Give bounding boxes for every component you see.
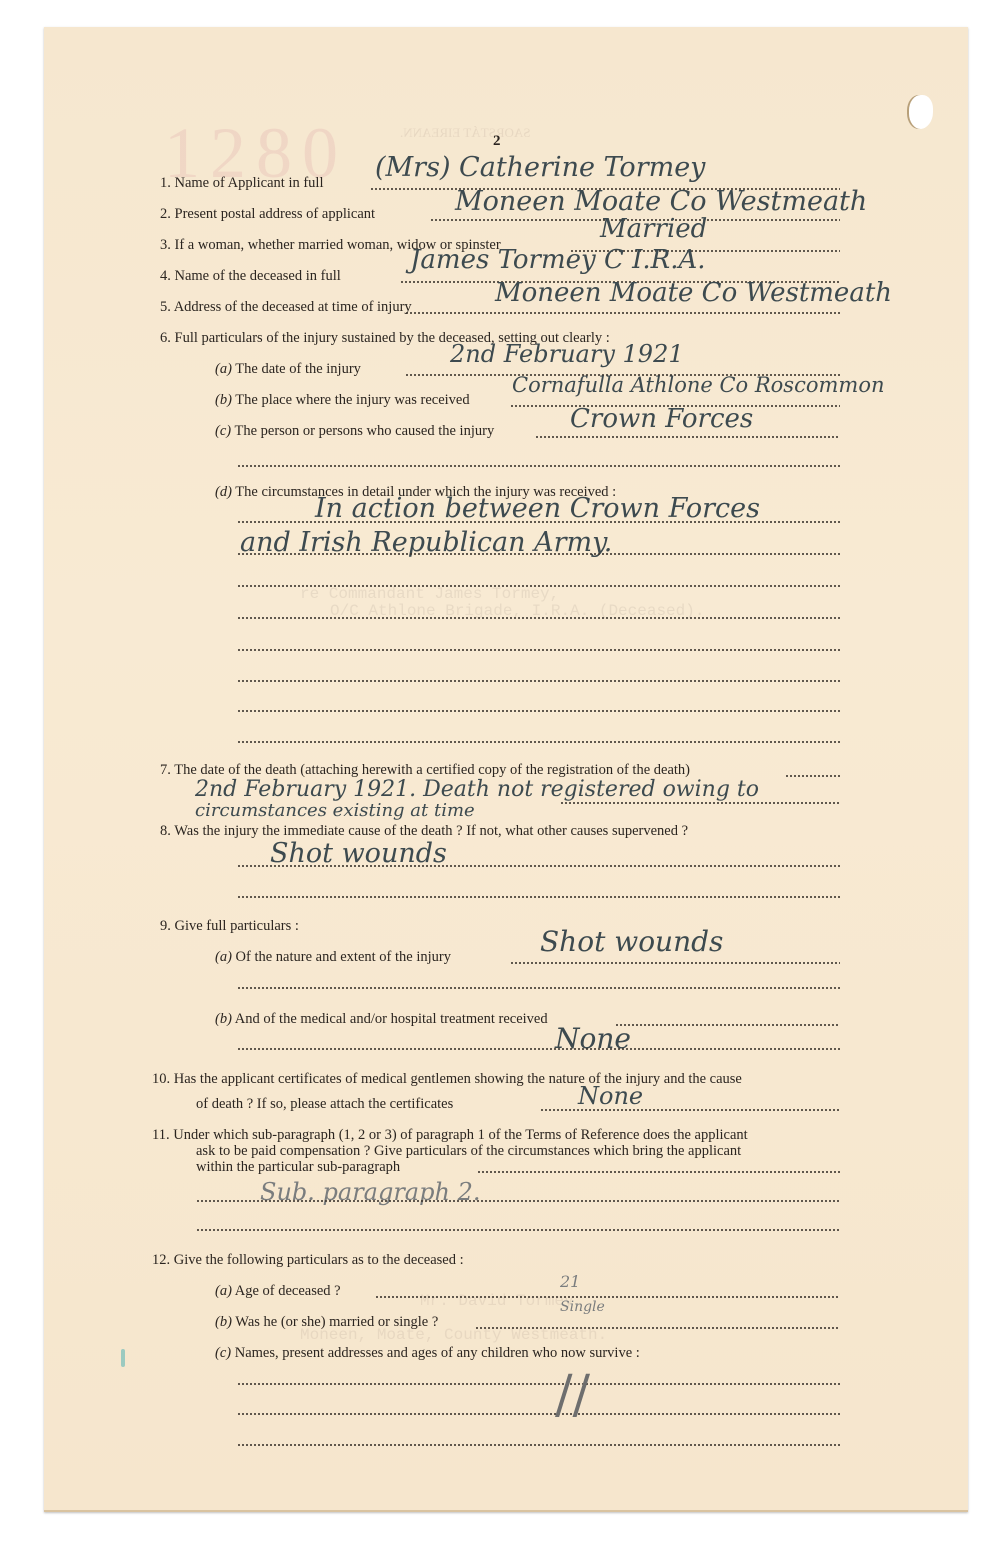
certificates-answer[interactable]: None	[578, 1082, 643, 1110]
answer-line	[510, 962, 840, 964]
medical-treatment-answer[interactable]: None	[555, 1022, 631, 1055]
bleed-through-header: SAORSTÁT EIREANN.	[400, 125, 531, 141]
question-9: 9. Give full particulars :	[160, 918, 299, 935]
question-6c: (c) The person or persons who caused the…	[215, 423, 494, 440]
injury-date-answer[interactable]: 2nd February 1921	[450, 340, 684, 368]
answer-line	[560, 802, 840, 804]
answer-line	[196, 1200, 840, 1202]
question-12: 12. Give the following particulars as to…	[152, 1252, 464, 1269]
injury-nature-answer[interactable]: Shot wounds	[540, 925, 723, 958]
question-2: 2. Present postal address of applicant	[160, 206, 375, 223]
answer-line	[237, 1444, 840, 1446]
applicant-address-answer[interactable]: Moneen Moate Co Westmeath	[455, 186, 867, 217]
answer-line	[237, 585, 840, 587]
question-9a: (a) Of the nature and extent of the inju…	[215, 949, 451, 966]
answer-line	[196, 1229, 840, 1231]
deceased-name-answer[interactable]: James Tormey C I.R.A.	[410, 245, 706, 275]
answer-line	[405, 312, 840, 314]
children-answer-slash[interactable]: //	[555, 1365, 590, 1425]
answer-line	[237, 1413, 840, 1415]
answer-line	[237, 1383, 840, 1385]
answer-line	[237, 649, 840, 651]
answer-line	[615, 1024, 840, 1026]
married-single-answer[interactable]: Single	[560, 1299, 605, 1315]
answer-line	[475, 1327, 840, 1329]
question-11: 11. Under which sub-paragraph (1, 2 or 3…	[152, 1127, 748, 1144]
applicant-name-answer[interactable]: (Mrs) Catherine Tormey	[375, 152, 705, 183]
marital-status-answer[interactable]: Married	[600, 214, 707, 244]
question-11-cont: ask to be paid compensation ? Give parti…	[196, 1143, 741, 1160]
answer-line	[277, 987, 840, 989]
bleed-through-line: Mr. David Tormey,	[420, 1292, 583, 1310]
bleed-through-line: re Commandant James Tormey,	[300, 585, 559, 603]
question-10: 10. Has the applicant certificates of me…	[152, 1071, 742, 1088]
question-10-cont: of death ? If so, please attach the cert…	[196, 1096, 453, 1113]
question-12b: (b) Was he (or she) married or single ?	[215, 1314, 438, 1331]
question-5: 5. Address of the deceased at time of in…	[160, 299, 412, 316]
question-12c: (c) Names, present addresses and ages of…	[215, 1345, 640, 1362]
question-1: 1. Name of Applicant in full	[160, 175, 324, 192]
answer-line	[237, 553, 840, 555]
answer-line	[237, 896, 840, 898]
answer-line	[237, 617, 840, 619]
injury-cause-person-answer[interactable]: Crown Forces	[570, 404, 753, 434]
answer-line	[237, 680, 840, 682]
ink-mark	[121, 1349, 125, 1367]
answer-line	[237, 1048, 840, 1050]
deceased-address-answer[interactable]: Moneen Moate Co Westmeath	[495, 278, 892, 308]
question-12a: (a) Age of deceased ?	[215, 1283, 341, 1300]
question-6a: (a) The date of the injury	[215, 361, 361, 378]
question-11-cont2: within the particular sub-paragraph	[196, 1159, 400, 1176]
answer-line	[375, 1296, 840, 1298]
question-6b: (b) The place where the injury was recei…	[215, 392, 470, 409]
question-9b: (b) And of the medical and/or hospital t…	[215, 1011, 548, 1028]
page-number: 2	[493, 133, 501, 150]
answer-line	[477, 1171, 840, 1173]
answer-line	[237, 865, 840, 867]
answer-line	[785, 775, 840, 777]
injury-place-answer[interactable]: Cornafulla Athlone Co Roscommon	[512, 373, 884, 397]
circumstances-answer-line-1[interactable]: In action between Crown Forces	[315, 493, 760, 524]
death-date-answer-line-1[interactable]: 2nd February 1921. Death not registered …	[195, 777, 759, 802]
question-4: 4. Name of the deceased in full	[160, 268, 341, 285]
answer-line	[237, 465, 840, 467]
age-answer[interactable]: 21	[560, 1272, 580, 1291]
answer-line	[237, 741, 840, 743]
punch-hole	[907, 95, 933, 129]
answer-line	[237, 710, 840, 712]
answer-line	[237, 521, 840, 523]
answer-line	[535, 436, 840, 438]
death-date-answer-line-2[interactable]: circumstances existing at time	[195, 800, 475, 821]
